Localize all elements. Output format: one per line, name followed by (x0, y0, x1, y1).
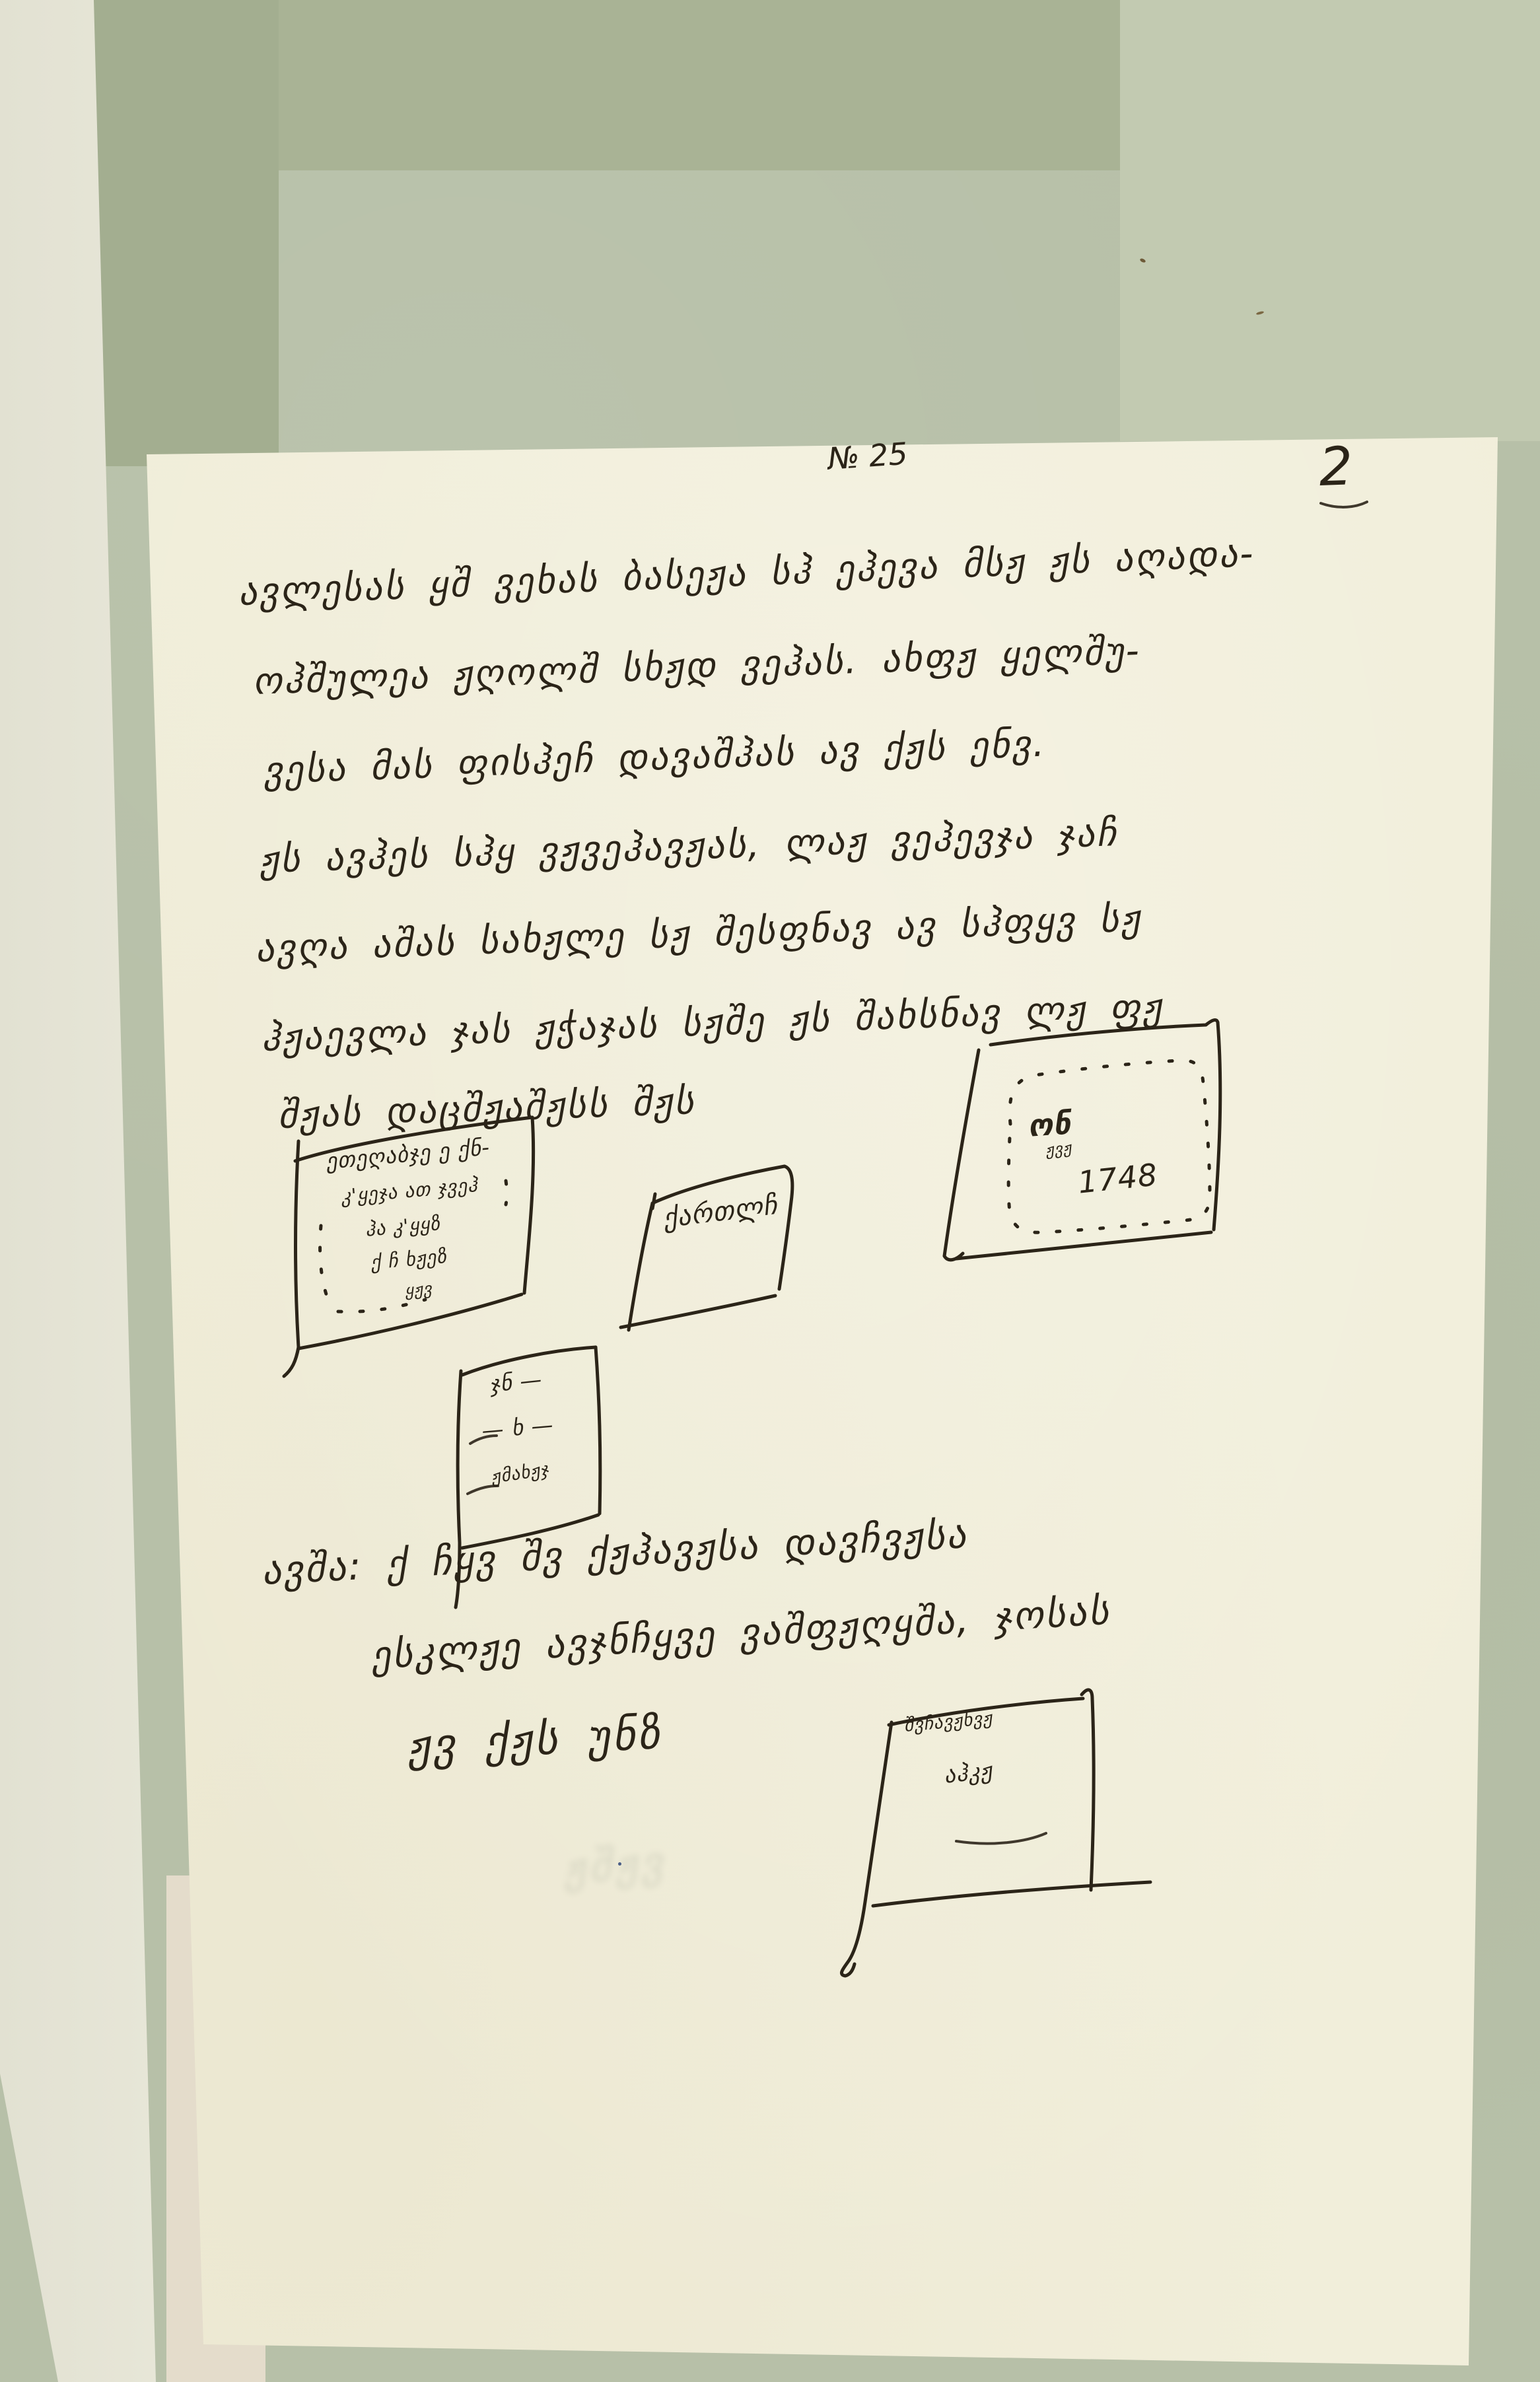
seal-box-right-line: ონ (1027, 1107, 1072, 1140)
scanned-archival-page: { "document": { "archive_mark": "№ 25", … (0, 0, 1540, 2382)
seal-box-bottom-line: აჰკჟ (943, 1759, 994, 1786)
page-number: 2 (1318, 440, 1354, 494)
seal-box-date-1748: 1748 (1076, 1159, 1159, 1197)
seal-box-right-line: ჟვჟ (1045, 1140, 1072, 1158)
archive-number: № 25 (827, 438, 909, 474)
page-number-flourish (1321, 502, 1367, 507)
seal-box-small-line: ჯნ — (489, 1368, 543, 1395)
handwritten-closing-line: ჟვ ქჟს უნზ (406, 1712, 663, 1769)
seal-box-right-outline (944, 1020, 1220, 1260)
seal-box-small-line: — ხ — (481, 1413, 555, 1441)
seal-box-left-line: ყჟვ (404, 1280, 433, 1299)
seal-box-bottom-outline (841, 1690, 1150, 1976)
